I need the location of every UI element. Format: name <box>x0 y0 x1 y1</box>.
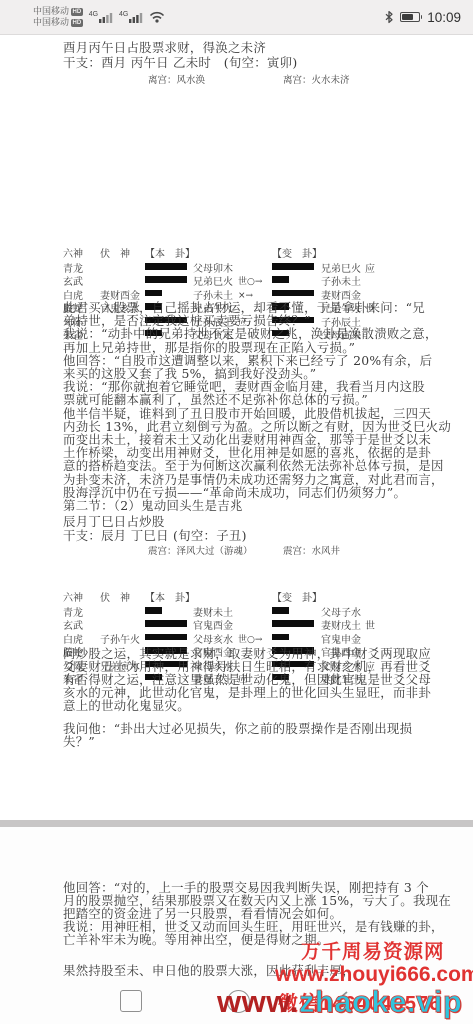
text-line: 意的搭桥趋变法。至于为何断这次赢利依然无法弥补总体亏损，是因 <box>63 459 451 472</box>
yin-line-bar <box>145 290 187 297</box>
moving-marker: 世○→ <box>238 276 262 289</box>
wifi-icon <box>149 11 165 23</box>
liushen-name: 青龙 <box>63 263 83 276</box>
battery-icon <box>400 12 422 22</box>
case2-question: 我问他：“卦出大过必见损失，你之前的股票操作是否刚出现损失？” <box>63 722 412 748</box>
hexagram-row: 玄武兄弟巳火世○→子孙未土 <box>63 276 463 289</box>
yang-line-bar <box>272 290 314 297</box>
text-line: 失？” <box>63 735 412 748</box>
page-divider <box>0 820 473 827</box>
ben-line-text: 父母卯木 <box>193 263 233 276</box>
hexagram-table-header: 六神伏 神【本 卦】【变 卦】 <box>63 592 463 607</box>
yin-line-bar <box>272 607 314 614</box>
case2-palace-original: 震宫：泽风大过（游魂） <box>148 543 253 557</box>
hexagram-row: 青龙妻财未土父母子水 <box>63 607 463 620</box>
hexagram-table-header: 六神伏 神【本 卦】【变 卦】 <box>63 248 463 263</box>
bian-line-text: 兄弟巳火 <box>321 263 361 276</box>
signal-bars-icon <box>129 12 143 23</box>
yang-line-bar <box>145 263 187 270</box>
text-line: 我说：“动卦中的兄弟持世不定是破财之兆，涣卦是涣散溃败之意， <box>63 327 451 340</box>
ben-line-text: 父母亥水 <box>193 634 233 647</box>
network-type-label: 4G <box>89 11 98 18</box>
network-type-label: 4G <box>119 11 128 18</box>
text-line: 再加上兄弟持世，那是指你的股票现在正陷入亏损。” <box>63 341 451 354</box>
ben-line-text: 兄弟巳火 <box>193 276 233 289</box>
signal-group-2: 4G <box>119 12 143 23</box>
carrier-name: 中国移动 <box>33 6 69 17</box>
yang-line-bar <box>145 620 187 627</box>
hd-badge: HD <box>71 8 83 16</box>
liushen-name: 青龙 <box>63 607 83 620</box>
hexagram-row: 玄武官鬼酉金妻财戌土世 <box>63 620 463 633</box>
bluetooth-icon <box>383 10 395 24</box>
watermark-big-url-main: zhaoke.vip <box>299 984 463 1019</box>
header-ben-gua: 【本 卦】 <box>145 248 195 261</box>
text-line: 第二节：（2）鬼动回头生是吉兆 <box>63 499 451 512</box>
bian-line-text: 子孙未土 <box>321 276 361 289</box>
text-line: 意上的世动化鬼显灾。 <box>63 700 431 713</box>
case2-ganzhi: 干支：辰月 丁巳日 (旬空：子丑) <box>63 526 247 544</box>
yang-line-bar <box>145 276 187 283</box>
status-right: 10:09 <box>383 10 461 25</box>
carrier-block: 中国移动 HD 中国移动 HD <box>33 6 83 28</box>
bian-line-text: 妻财戌土 <box>321 620 361 633</box>
header-liushen: 六神 <box>63 592 83 605</box>
watermark-site-name: 万千周易资源网 <box>301 936 445 964</box>
bian-line-text: 父母子水 <box>321 607 361 620</box>
header-liushen: 六神 <box>63 248 83 261</box>
text-line: 票就可能翻本赢利了，虽然还不足弥补你总体的亏损。” <box>63 393 451 406</box>
case1-palace-original: 离宫：风水涣 <box>148 72 205 86</box>
case1-ganzhi: 干支：酉月 丙午日 乙未时 (旬空：寅卯) <box>63 53 298 71</box>
status-bar: 中国移动 HD 中国移动 HD 4G 4G <box>0 0 473 34</box>
header-fushen: 伏 神 <box>100 248 130 261</box>
header-bian-gua: 【变 卦】 <box>272 592 322 605</box>
phone-screen: 中国移动 HD 中国移动 HD 4G 4G <box>0 0 473 1024</box>
case1-analysis: 此君买入股票，自己摇卦占财运，却看不懂，于是拿卦来问：“兄弟持世，是否注定我这桩… <box>63 301 451 512</box>
bian-line-text: 官鬼申金 <box>321 634 361 647</box>
carrier-name: 中国移动 <box>33 17 69 28</box>
header-fushen: 伏 神 <box>100 592 130 605</box>
yang-line-bar <box>272 620 314 627</box>
carrier-line-2: 中国移动 HD <box>33 17 83 28</box>
ben-line-text: 官鬼酉金 <box>193 620 233 633</box>
text-line: 我问他：“卦出大过必见损失，你之前的股票操作是否刚出现损 <box>63 722 412 735</box>
text-line: 为卦变未济，未济乃是事情仍未成功还需努力之寓意，对此君而言， <box>63 473 451 486</box>
recents-button[interactable] <box>120 990 142 1012</box>
watermark-big-url: www.zhaoke.vip <box>217 984 462 1020</box>
ben-line-text: 妻财未土 <box>193 607 233 620</box>
status-left: 中国移动 HD 中国移动 HD 4G 4G <box>33 6 165 28</box>
watermark-big-url-prefix: www. <box>217 984 299 1019</box>
text-line: 他半信半疑，谁料到了丑日股市开始回暖，此股借机拔起，三四天 <box>63 407 451 420</box>
yin-line-bar <box>272 634 314 641</box>
header-bian-gua: 【变 卦】 <box>272 248 322 261</box>
bian-marker: 世 <box>365 620 375 633</box>
case2-palace-changed: 震宫：水风井 <box>283 543 340 557</box>
signal-group-1: 4G <box>89 12 113 23</box>
hexagram-row: 青龙父母卯木兄弟巳火应 <box>63 263 463 276</box>
liushen-name: 白虎 <box>63 634 83 647</box>
header-ben-gua: 【本 卦】 <box>145 592 195 605</box>
case2-analysis: 问炒股之运，其实就是求财，取妻财爻为用神，卦中财爻两现取应爻妻财丑土为用神，用神… <box>63 648 431 713</box>
hd-badge: HD <box>71 19 83 27</box>
yang-line-bar <box>145 634 187 641</box>
bian-marker: 应 <box>365 263 375 276</box>
moving-marker: 世○→ <box>238 634 262 647</box>
carrier-line-1: 中国移动 HD <box>33 6 83 17</box>
liushen-name: 玄武 <box>63 620 83 633</box>
signal-bars-icon <box>99 12 113 23</box>
yang-line-bar <box>272 263 314 270</box>
yin-line-bar <box>272 276 314 283</box>
liushen-name: 玄武 <box>63 276 83 289</box>
clock: 10:09 <box>427 10 461 25</box>
case1-palace-changed: 离宫：火水未济 <box>283 72 350 86</box>
fushen-text: 子孙午火 <box>100 634 140 647</box>
yin-line-bar <box>145 607 187 614</box>
